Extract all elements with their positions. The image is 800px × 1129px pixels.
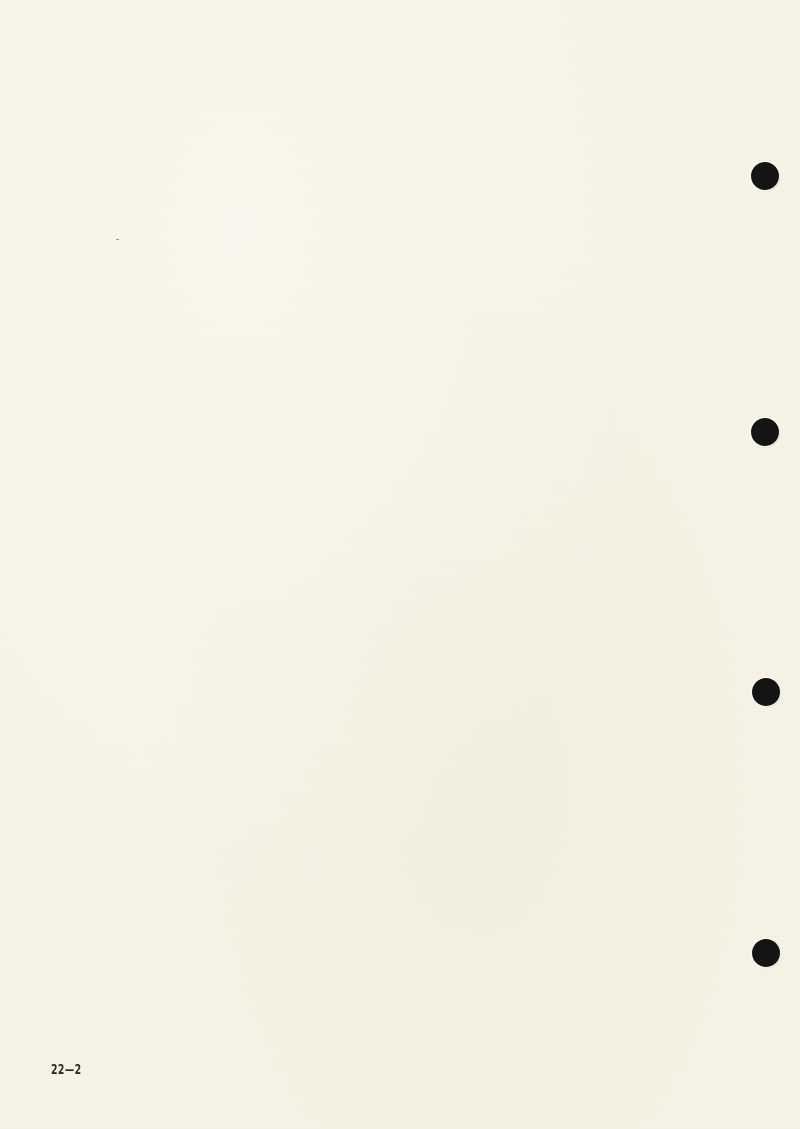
page-number: 22—2 — [51, 1063, 82, 1078]
punch-hole-2 — [751, 418, 779, 446]
punch-hole-3 — [752, 678, 780, 706]
paper-speck — [116, 239, 119, 240]
blank-document-page: 22—2 — [0, 0, 800, 1129]
punch-hole-4 — [752, 939, 780, 967]
punch-hole-1 — [751, 162, 779, 190]
